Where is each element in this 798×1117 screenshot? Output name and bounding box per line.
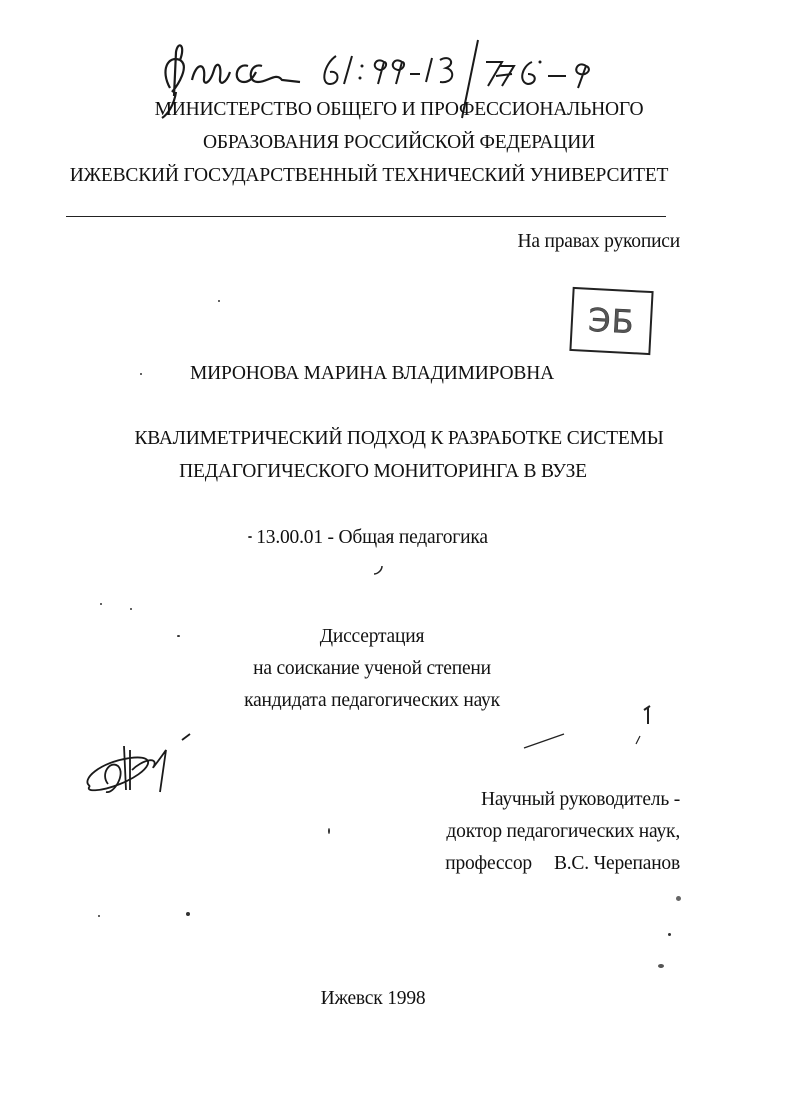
manuscript-note: На правах рукописи: [517, 230, 680, 254]
degree-line-3: кандидата педагогических наук: [0, 689, 771, 713]
dissertation-title-line-2: ПЕДАГОГИЧЕСКОГО МОНИТОРИНГА В ВУЗЕ: [0, 460, 782, 484]
author-signature: [70, 720, 230, 830]
specialty-code: 13.00.01 - Общая педагогика: [0, 526, 771, 550]
scan-speck: [98, 915, 100, 917]
scan-speck: [186, 912, 190, 916]
scan-speck: [668, 933, 671, 936]
supervisor-line-3: профессорВ.С. Черепанов: [445, 852, 680, 876]
scan-speck: [218, 300, 220, 302]
degree-line-1: Диссертация: [0, 625, 771, 649]
city-year: Ижевск 1998: [0, 987, 772, 1011]
stamp-text: ЭБ: [587, 301, 635, 341]
scan-speck: [676, 896, 681, 901]
dissertation-title-page: МИНИСТЕРСТВО ОБЩЕГО И ПРОФЕССИОНАЛЬНОГО …: [0, 0, 798, 1117]
supervisor-line-2: доктор педагогических наук,: [446, 820, 680, 844]
supervisor-title: профессор: [445, 853, 532, 874]
university-name: ИЖЕВСКИЙ ГОСУДАРСТВЕННЫЙ ТЕХНИЧЕСКИЙ УНИ…: [0, 164, 768, 188]
supervisor-name: В.С. Черепанов: [554, 853, 680, 874]
scan-speck: [658, 964, 664, 968]
ministry-line-2: ОБРАЗОВАНИЯ РОССИЙСКОЙ ФЕДЕРАЦИИ: [0, 131, 798, 155]
stray-mark-small: [370, 560, 390, 580]
degree-line-2: на соискание ученой степени: [0, 657, 771, 681]
scan-speck: [248, 536, 252, 538]
scan-speck: [140, 373, 142, 375]
scan-speck: [100, 603, 102, 605]
library-stamp: ЭБ: [569, 287, 653, 355]
scan-speck: [130, 608, 132, 610]
scan-speck: [177, 635, 180, 637]
dissertation-title-line-1: КВАЛИМЕТРИЧЕСКИЙ ПОДХОД К РАЗРАБОТКЕ СИС…: [0, 427, 798, 451]
ministry-line-1: МИНИСТЕРСТВО ОБЩЕГО И ПРОФЕССИОНАЛЬНОГО: [0, 98, 798, 122]
scan-speck: [328, 828, 330, 834]
header-divider: [66, 216, 666, 217]
author-name: МИРОНОВА МАРИНА ВЛАДИМИРОВНА: [0, 362, 771, 386]
supervisor-line-1: Научный руководитель -: [481, 788, 680, 812]
